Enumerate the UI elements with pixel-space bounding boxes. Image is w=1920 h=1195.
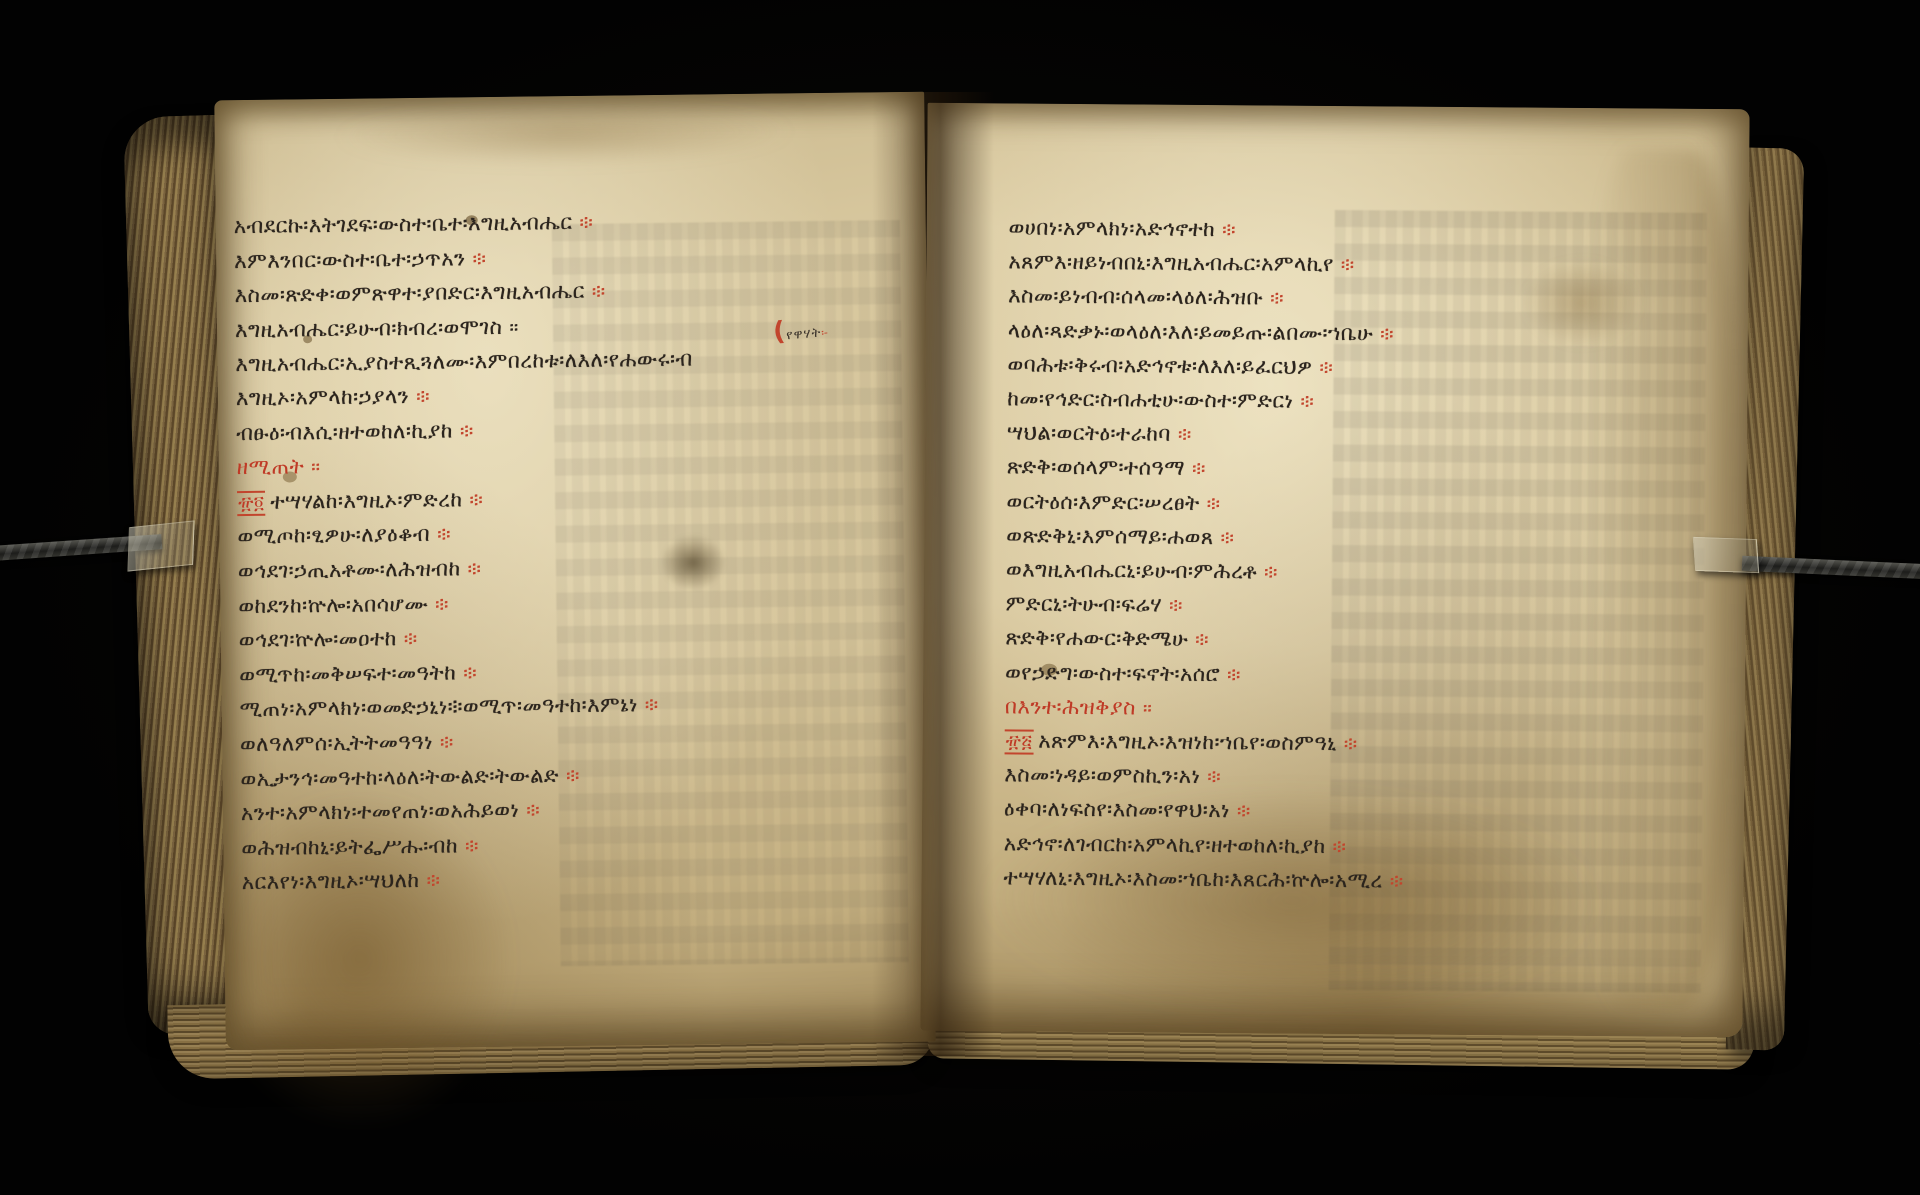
geez-text: አጸምእ፡ዘይነብበኒ፡እግዚአብሔር፡አምላኪየ (1008, 250, 1334, 277)
text-line: እግዚአብሔር፡ኢያስተጺጓለሙ፡እምበረከቱ፡ለእለ፡የሐውሩ፡ብ (235, 343, 693, 382)
geez-text: ከመ፡የኅድር፡ስብሐቲሁ፡ውስተ፡ምድርነ (1007, 386, 1293, 412)
verse-separator-mark: ፨ (469, 489, 483, 511)
geez-text: ተሣሃልከ፡እግዚኦ፡ምድረከ (270, 487, 462, 513)
verse-separator-mark: ፨ (440, 731, 454, 753)
geez-text: እግዚአብሔር፡ይሁብ፡ክብረ፡ወሞገስ (235, 315, 503, 342)
geez-text: ላዕለ፡ጻድቃኑ፡ወላዕለ፡እለ፡ይመይጡ፡ልበሙ፡ኀቤሁ (1008, 318, 1373, 345)
text-line: ከመ፡የኅድር፡ስብሐቲሁ፡ውስተ፡ምድርነ፨ (1007, 382, 1407, 419)
marginal-insertion-note: (የዋሃት፡- (772, 313, 829, 347)
text-line: ወየኃድግ፡ውስተ፡ፍኖት፡አሰሮ፨ (1005, 656, 1405, 693)
geez-text: ጽድቅ፡ወሰላም፡ተሰዓማ (1007, 455, 1185, 480)
text-line: ጽድቅ፡የሐውር፡ቅድሜሁ፨ (1005, 622, 1405, 659)
verse-separator-mark: ፨ (592, 281, 606, 303)
geez-text: ወሚጦከ፡ፂዎሁ፡ለያዕቆብ (237, 522, 430, 548)
text-line: እግዚኦ፡አምላከ፡ኃያላን፨ (236, 377, 694, 417)
geez-text: አድኅኖ፡ለገብርከ፡አምላኪየ፡ዘተወከለ፡ኪያከ (1004, 831, 1326, 858)
text-line: አርእየነ፡እግዚኦ፡ሣህለከ፨ (242, 861, 700, 901)
verse-separator-mark: ፨ (416, 386, 430, 408)
manuscript-photo: አብደርኩ፡እትገደፍ፡ውስተ፡ቤተ፡እግዚአብሔር፨እምእንበር፡ውስተ፡ቤተ… (0, 0, 1920, 1195)
verse-separator-mark: ፨ (645, 694, 659, 716)
verse-separator-mark: ፨ (1300, 391, 1314, 413)
geez-text: ወኢታንኅ፡መዓተከ፡ላዕለ፡ትውልድ፡ትውልድ (240, 763, 559, 791)
text-line: አንተ፡አምላክነ፡ተመየጠነ፡ወአሕይወነ፨ (241, 792, 699, 832)
verse-separator-mark: ፨ (566, 764, 580, 786)
geez-text: በእንተ፡ሕዝቅያስ (1005, 694, 1136, 719)
text-line: ወኅደገ፡ኃጢአቶሙ፡ለሕዝብከ፨ (238, 549, 696, 589)
text-line: ተሣሃለኒ፡እግዚኦ፡እስመ፡ኀቤከ፡እጸርሕ፡ኵሎ፡አሚረ፨ (1003, 861, 1403, 898)
geez-text: እስመ፡ነዳይ፡ወምስኪን፡አነ (1004, 763, 1200, 789)
geez-text: ጽድቅ፡የሐውር፡ቅድሜሁ (1005, 626, 1188, 651)
verse-separator-mark: ፨ (1207, 766, 1221, 788)
geez-text: አንተ፡አምላክነ፡ተመየጠነ፡ወአሕይወነ (241, 798, 520, 825)
geez-text: እግዚአብሔር፡ኢያስተጺጓለሙ፡እምበረከቱ፡ለእለ፡የሐውሩ፡ብ (235, 347, 693, 377)
text-line: አድኅኖ፡ለገብርከ፡አምላኪየ፡ዘተወከለ፡ኪያከ፨ (1004, 827, 1404, 864)
text-line: ጽድቅ፡ወሰላም፡ተሰዓማ፨ (1007, 451, 1407, 488)
geez-text: ወእግዚአብሔርኒ፡ይሁብ፡ምሕረቶ (1006, 557, 1257, 583)
verse-separator-mark: ። (509, 316, 519, 338)
verse-separator-mark: ፨ (426, 870, 440, 892)
geez-text: ወኅደገ፡ኵሎ፡መዐተከ (239, 626, 397, 652)
cord-clip-right (1693, 537, 1759, 573)
geez-text: ዕቀባ፡ለነፍስየ፡እስመ፡የዋህ፡አነ (1004, 797, 1230, 823)
verse-separator-mark: ፨ (526, 800, 540, 822)
geez-text: ወሚጥከ፡መቅሠፍተ፡መዓትከ (239, 660, 456, 687)
verse-separator-mark: ፨ (1341, 254, 1355, 276)
verse-separator-mark: ፨ (467, 558, 481, 580)
text-line: ብፁዕ፡ብእሲ፡ዘተወከለ፡ኪያከ፨ (236, 411, 694, 451)
text-line: ፹፬ተሣሃልከ፡እግዚኦ፡ምድረከ፨ (237, 480, 695, 520)
text-line: ፹፭አጽምእ፡እግዚኦ፡እዝነከ፡ኀቤየ፡ወስምዓኒ፨ (1005, 724, 1405, 761)
geez-text: አርእየነ፡እግዚኦ፡ሣህለከ (242, 868, 420, 894)
text-line: ምድርኒ፡ትሁብ፡ፍሬሃ፨ (1006, 588, 1406, 625)
insertion-tick-icon: ፡- (821, 326, 829, 339)
verse-separator-mark: ፨ (404, 628, 418, 650)
geez-text: ወከደንከ፡ኵሎ፡አበሳሆሙ (238, 591, 428, 617)
verse-separator-mark: ፨ (1207, 493, 1221, 515)
verse-separator-mark: ፨ (1380, 323, 1394, 345)
verse-separator-mark: ፨ (1222, 219, 1236, 241)
geez-text: እምእንበር፡ውስተ፡ቤተ፡ኃጥአን (234, 246, 466, 273)
psalm-number-rubric: ፹፭ (1005, 729, 1034, 754)
verse-separator-mark: ፨ (435, 593, 449, 615)
geez-text: እስመ፡ጽድቀ፡ወምጽዋተ፡ያበድር፡እግዚአብሔር (234, 279, 584, 307)
text-line: ሚጠነ፡አምላክነ፡ወመድኃኒነ፨ወሚጥ፡መዓተከ፡እምኔነ፨ (239, 688, 697, 728)
stain (334, 101, 795, 167)
geez-text: አጽምእ፡እግዚኦ፡እዝነከ፡ኀቤየ፡ወስምዓኒ (1038, 729, 1337, 755)
text-line: ወባሕቱ፡ቅሩብ፡አድኅኖቱ፡ለእለ፡ይፈርህዎ፨ (1007, 348, 1407, 385)
verse-separator-mark: ፨ (1344, 733, 1358, 755)
text-line: ወርትዕሰ፡እምድር፡ሠረፀት፨ (1006, 485, 1406, 522)
geez-text: ወለዓለምሰ፡ኢትትመዓዓነ (240, 730, 433, 756)
verse-separator-mark: ፨ (1178, 424, 1192, 446)
geez-text: ዘሚጠት (237, 454, 305, 479)
text-line: አብደርኩ፡እትገደፍ፡ውስተ፡ቤተ፡እግዚአብሔር፨ (234, 205, 692, 245)
verse-separator-mark: ፨ (463, 662, 477, 684)
verse-separator-mark: ፨ (472, 248, 486, 270)
geez-text: ወጽድቅኒ፡እምሰማይ፡ሐወጸ (1006, 523, 1214, 549)
text-line: ወጽድቅኒ፡እምሰማይ፡ሐወጸ፨ (1006, 519, 1406, 556)
verse-separator-mark: ፨ (460, 420, 474, 442)
verse-separator-mark: ፨ (1319, 357, 1333, 379)
verse-separator-mark: ፨ (1390, 870, 1404, 892)
geez-text: ሚጠነ፡አምላክነ፡ወመድኃኒነ፨ወሚጥ፡መዓተከ፡እምኔነ (240, 693, 638, 722)
verse-separator-mark: ። (1143, 697, 1153, 719)
text-line: ወኢታንኅ፡መዓተከ፡ላዕለ፡ትውልድ፡ትውልድ፨ (240, 757, 698, 797)
geez-text: ወሕዝብከኒ፡ይትፌሥሑ፡ብከ (241, 833, 458, 860)
verse-separator-mark: ፨ (1227, 664, 1241, 686)
text-line: ወእግዚአብሔርኒ፡ይሁብ፡ምሕረቶ፨ (1006, 553, 1406, 590)
text-line: ወኅደገ፡ኵሎ፡መዐተከ፨ (239, 619, 697, 659)
geez-text: እስመ፡ይነብብ፡ሰላመ፡ላዕለ፡ሕዝቡ (1008, 284, 1263, 310)
verse-separator-mark: ፨ (1264, 561, 1278, 583)
verse-separator-mark: ፨ (1195, 629, 1209, 651)
text-line: አጸምእ፡ዘይነብበኒ፡እግዚአብሔር፡አምላኪየ፨ (1008, 246, 1408, 283)
verse-separator-mark: ፨ (1169, 595, 1183, 617)
verse-separator-mark: ፨ (1270, 288, 1284, 310)
geez-text: ብፁዕ፡ብእሲ፡ዘተወከለ፡ኪያከ (236, 418, 453, 445)
text-line: ላዕለ፡ጻድቃኑ፡ወላዕለ፡እለ፡ይመይጡ፡ልበሙ፡ኀቤሁ፨ (1008, 314, 1408, 351)
verse-separator-mark: ፨ (579, 212, 593, 234)
stain (1522, 257, 1643, 348)
geez-text: ተሣሃለኒ፡እግዚኦ፡እስመ፡ኀቤከ፡እጸርሕ፡ኵሎ፡አሚረ (1003, 865, 1382, 892)
right-text-block: ወሀበነ፡አምላክነ፡አድኅኖተከ፨አጸምእ፡ዘይነብበኒ፡እግዚአብሔር፡አም… (1003, 211, 1408, 898)
geez-text: አብደርኩ፡እትገደፍ፡ውስተ፡ቤተ፡እግዚአብሔር (234, 210, 573, 238)
geez-text: ወባሕቱ፡ቅሩብ፡አድኅኖቱ፡ለእለ፡ይፈርህዎ (1008, 352, 1313, 378)
text-line: ወሀበነ፡አምላክነ፡አድኅኖተከ፨ (1009, 211, 1409, 248)
text-line: ዕቀባ፡ለነፍስየ፡እስመ፡የዋህ፡አነ፨ (1004, 793, 1404, 830)
text-line: እግዚአብሔር፡ይሁብ፡ክብረ፡ወሞገስ። (235, 308, 693, 348)
geez-text: እግዚኦ፡አምላከ፡ኃያላን (236, 384, 410, 410)
right-page: ወሀበነ፡አምላክነ፡አድኅኖተከ፨አጸምእ፡ዘይነብበኒ፡እግዚአብሔር፡አም… (920, 103, 1749, 1037)
rubric-line: በእንተ፡ሕዝቅያስ። (1005, 690, 1405, 727)
text-line: ወከደንከ፡ኵሎ፡አበሳሆሙ፨ (238, 584, 696, 624)
geez-text: ወርትዕሰ፡እምድር፡ሠረፀት (1006, 489, 1199, 515)
text-line: ወሚጦከ፡ፂዎሁ፡ለያዕቆብ፨ (237, 515, 695, 555)
verse-separator-mark: ፨ (1237, 801, 1251, 823)
verse-separator-mark: ፨ (437, 524, 451, 546)
insertion-bracket-icon: ( (772, 317, 786, 348)
marginal-note-text: የዋሃት (786, 326, 822, 344)
text-line: እምእንበር፡ውስተ፡ቤተ፡ኃጥአን፨ (234, 239, 692, 279)
rubric-line: ዘሚጠት። (237, 446, 695, 486)
psalm-number-rubric: ፹፬ (237, 491, 266, 516)
verse-separator-mark: ። (311, 456, 321, 478)
text-line: እስመ፡ይነብብ፡ሰላመ፡ላዕለ፡ሕዝቡ፨ (1008, 280, 1408, 317)
text-line: እስመ፡ነዳይ፡ወምስኪን፡አነ፨ (1004, 759, 1404, 796)
stain (1581, 148, 1738, 1009)
geez-text: ወየኃድግ፡ውስተ፡ፍኖት፡አሰሮ (1005, 660, 1220, 686)
geez-text: ምድርኒ፡ትሁብ፡ፍሬሃ (1006, 592, 1163, 617)
text-line: ወሚጥከ፡መቅሠፍተ፡መዓትከ፨ (239, 653, 697, 693)
text-line: እስመ፡ጽድቀ፡ወምጽዋተ፡ያበድር፡እግዚአብሔር፨ (234, 274, 692, 314)
geez-text: ሣህል፡ወርትዕ፡ተራከባ (1007, 421, 1171, 446)
verse-separator-mark: ፨ (1221, 527, 1235, 549)
text-line: ወሕዝብከኒ፡ይትፌሥሑ፡ብከ፨ (241, 826, 699, 866)
verse-separator-mark: ፨ (1333, 836, 1347, 858)
text-line: ሣህል፡ወርትዕ፡ተራከባ፨ (1007, 417, 1407, 454)
cord-clip-left (127, 520, 194, 571)
geez-text: ወሀበነ፡አምላክነ፡አድኅኖተከ (1009, 215, 1216, 241)
left-page: አብደርኩ፡እትገደፍ፡ውስተ፡ቤተ፡እግዚአብሔር፨እምእንበር፡ውስተ፡ቤተ… (214, 92, 936, 1051)
text-line: ወለዓለምሰ፡ኢትትመዓዓነ፨ (240, 722, 698, 762)
pencil-page-number: 78 (1914, 1020, 1920, 1054)
verse-separator-mark: ፨ (1192, 458, 1206, 480)
verse-separator-mark: ፨ (465, 835, 479, 857)
left-text-block: አብደርኩ፡እትገደፍ፡ውስተ፡ቤተ፡እግዚአብሔር፨እምእንበር፡ውስተ፡ቤተ… (234, 205, 700, 901)
geez-text: ወኅደገ፡ኃጢአቶሙ፡ለሕዝብከ (238, 556, 461, 583)
